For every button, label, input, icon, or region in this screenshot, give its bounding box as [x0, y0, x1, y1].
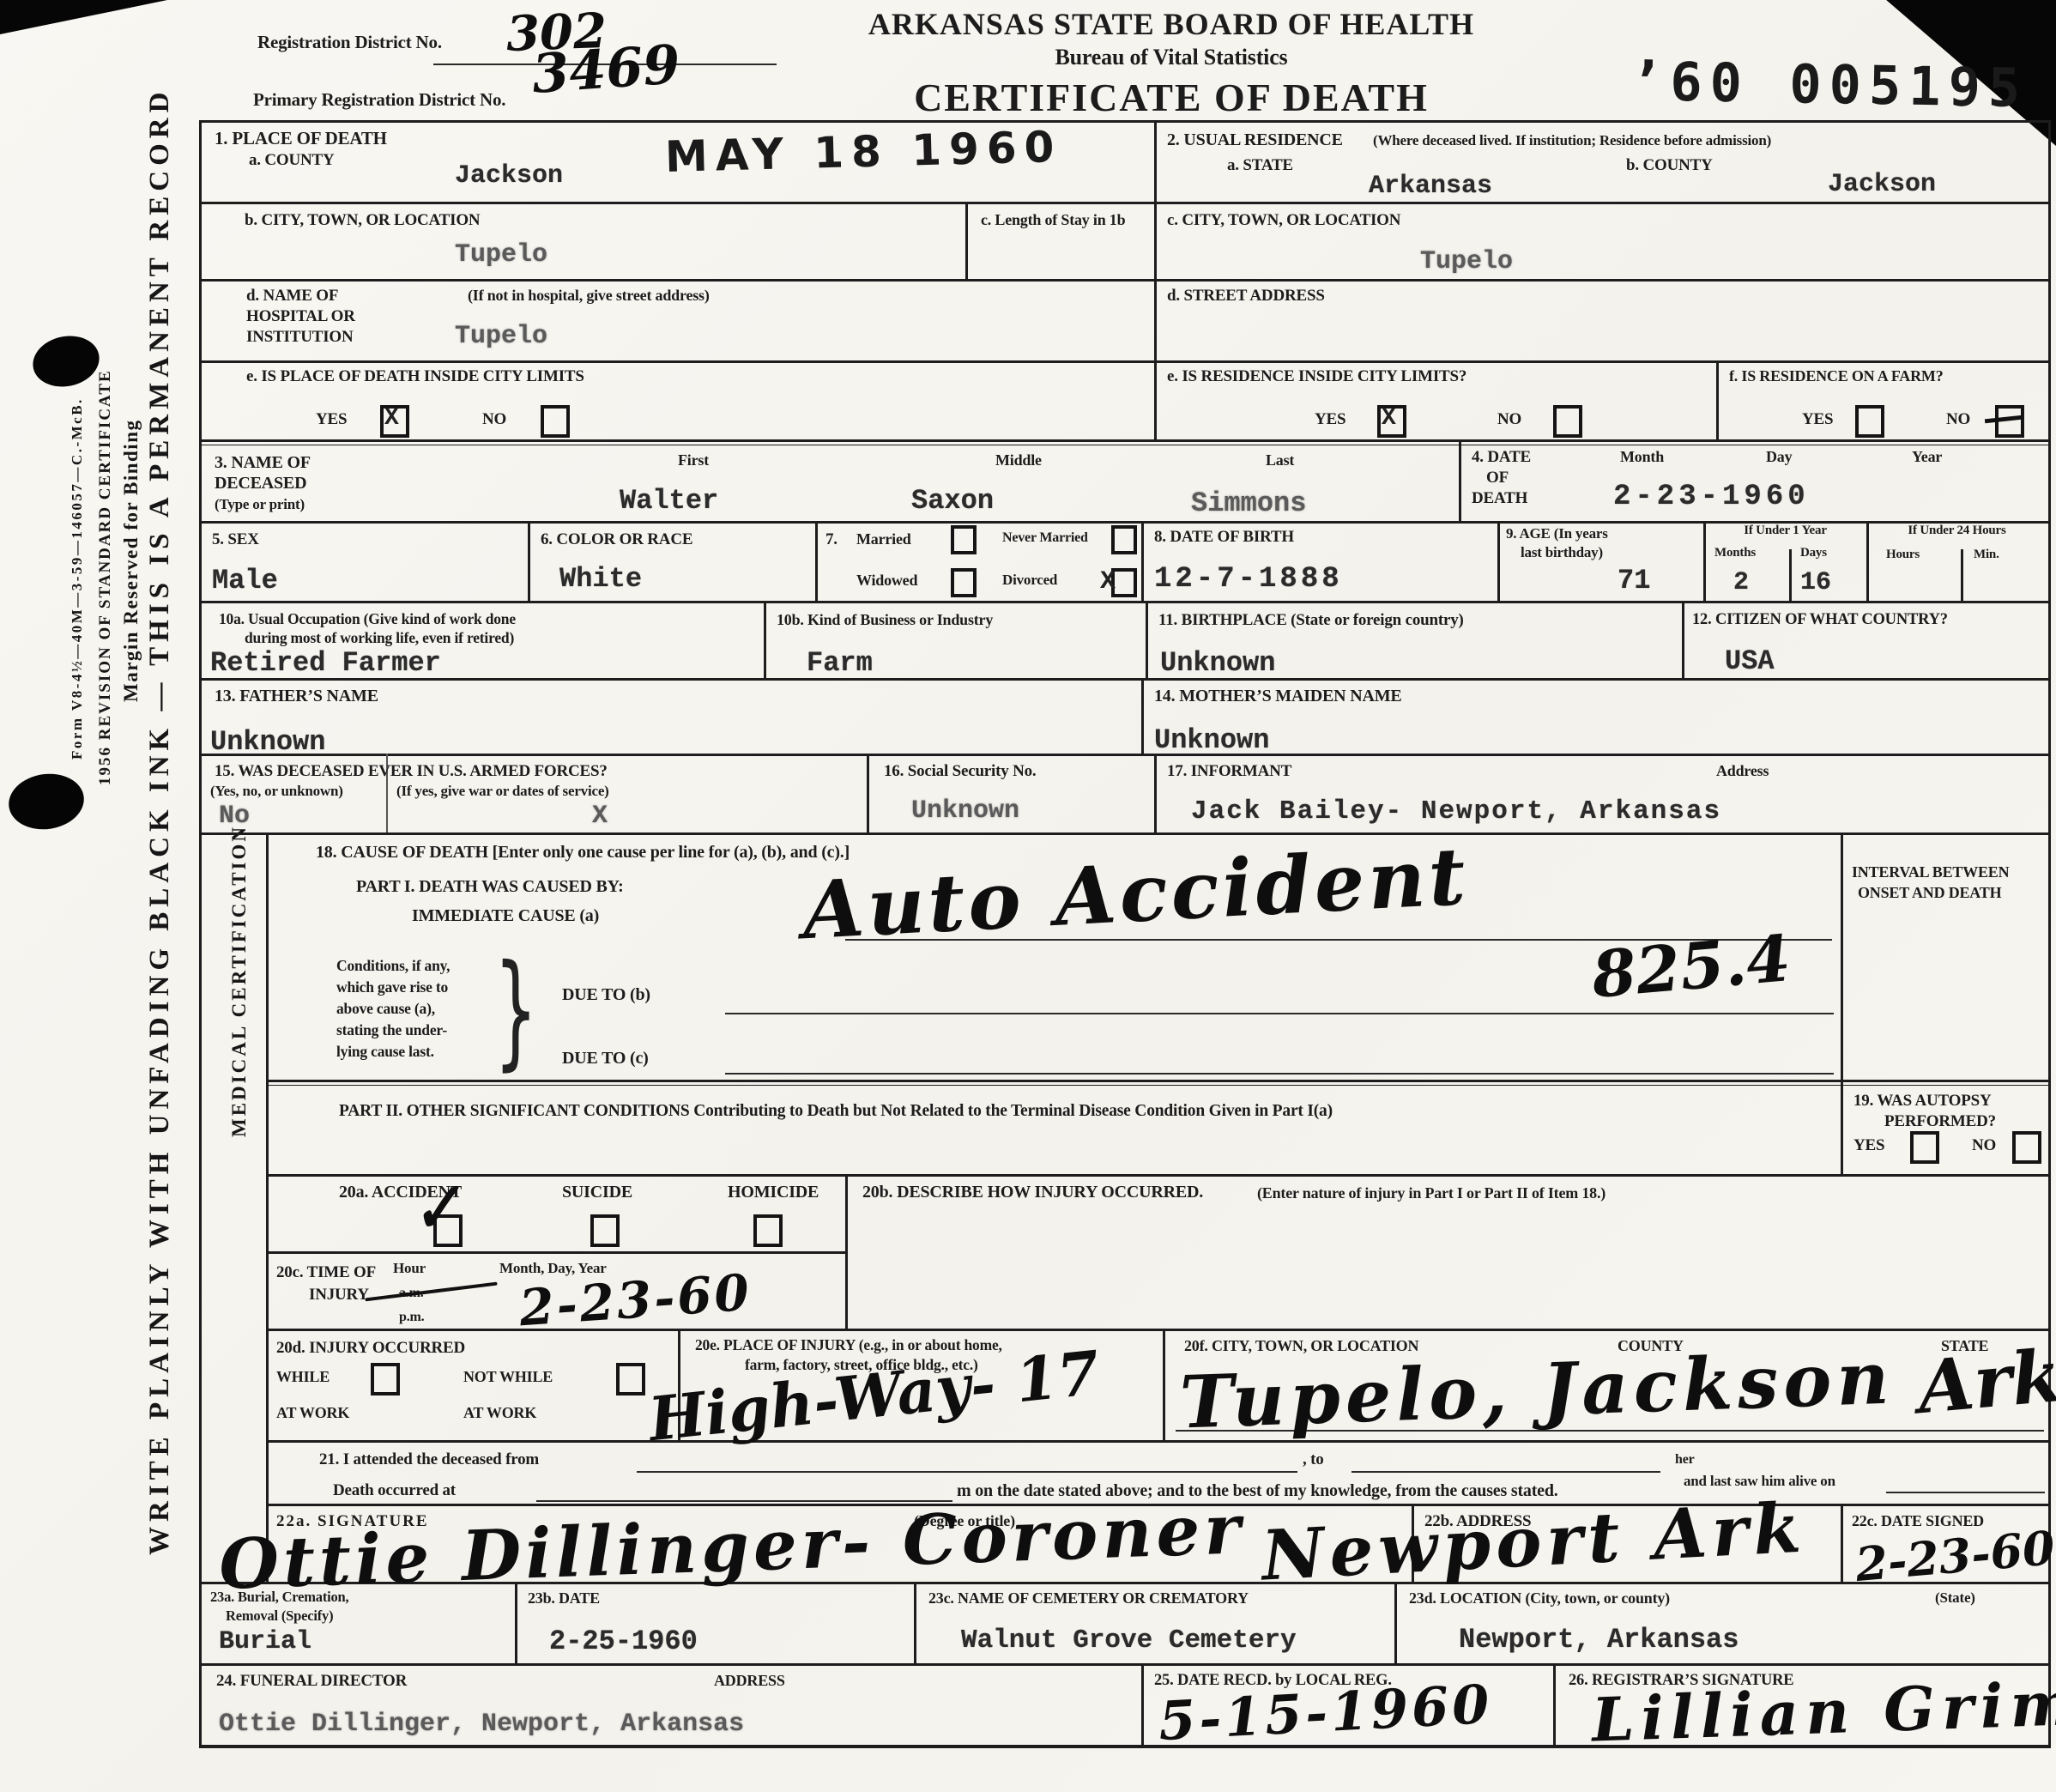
burial-label-2: Removal (Specify)	[226, 1608, 333, 1624]
widowed-checkbox	[951, 568, 977, 597]
date-of-death-label-3: DEATH	[1472, 489, 1527, 507]
grid-line	[266, 1251, 845, 1254]
name-first-header: First	[678, 451, 709, 469]
residence-limits-yes-checkbox: X	[1377, 405, 1406, 438]
grid-line	[1394, 1582, 1397, 1663]
date-received-value: 5-15-1960	[1158, 1678, 1494, 1748]
married-checkbox	[951, 525, 977, 554]
immediate-cause-value: Auto Accident	[801, 837, 1471, 951]
handwritten-dash-mark	[1985, 415, 2023, 424]
informant-label: 17. INFORMANT	[1167, 762, 1291, 780]
name-middle-value: Saxon	[911, 485, 994, 517]
grid-line	[199, 678, 2051, 681]
date-of-death-label-2: OF	[1486, 469, 1509, 487]
margin-form-number: Form V8-4½—40M—3-59—146057—C.-McB.	[69, 397, 86, 760]
grid-line	[1154, 754, 1157, 832]
burial-location-value: Newport, Arkansas	[1459, 1624, 1739, 1656]
while-at-work-checkbox	[371, 1363, 400, 1395]
grid-line	[1841, 1504, 1843, 1582]
state-paren-label: (State)	[1935, 1589, 1975, 1606]
length-of-stay-label: c. Length of Stay in 1b	[981, 211, 1125, 228]
checkbox-x-mark: X	[384, 405, 399, 432]
race-value: White	[559, 563, 642, 595]
informant-address-header: Address	[1716, 762, 1769, 779]
medical-certification-label: MEDICAL CERTIFICATION	[228, 825, 251, 1137]
grid-line	[199, 360, 2051, 363]
while-label: WHILE	[276, 1368, 330, 1385]
injury-state-value: Ark	[1915, 1340, 2056, 1424]
age-label-2: last birthday)	[1521, 544, 1603, 560]
last-saw-alive-line	[1886, 1492, 2045, 1493]
autopsy-label-1: 19. WAS AUTOPSY	[1853, 1092, 1992, 1110]
hospital-label-2: HOSPITAL OR	[246, 307, 355, 325]
conditions-note-5: lying cause last.	[336, 1044, 434, 1061]
residence-city-value: Tupelo	[1420, 247, 1513, 276]
suicide-label: SUICIDE	[562, 1183, 632, 1202]
certificate-title: CERTIFICATE OF DEATH	[772, 76, 1570, 120]
part1-label: PART I. DEATH WAS CAUSED BY:	[356, 877, 624, 896]
received-date-stamp: MAY 18 1960	[664, 122, 1062, 182]
date-signed-value: 2-23-60	[1853, 1524, 2056, 1588]
father-name-label: 13. FATHER’S NAME	[215, 687, 378, 705]
residence-county-label: b. COUNTY	[1626, 156, 1713, 174]
age-months-value: 2	[1733, 568, 1749, 597]
burial-date-value: 2-25-1960	[549, 1626, 698, 1657]
grid-line	[266, 1085, 2049, 1086]
mother-name-value: Unknown	[1154, 724, 1269, 756]
grid-line	[266, 1174, 2049, 1177]
corner-mark-top-left	[0, 0, 167, 34]
grid-line	[199, 120, 202, 1747]
burial-location-label: 23d. LOCATION (City, town, or county)	[1409, 1589, 1670, 1607]
not-while-at-work-checkbox	[616, 1363, 645, 1395]
place-limits-no-checkbox	[541, 405, 570, 438]
autopsy-label-2: PERFORMED?	[1884, 1112, 1996, 1130]
divorced-checkbox: X	[1111, 568, 1137, 597]
funeral-director-address-header: ADDRESS	[714, 1672, 785, 1689]
grid-line	[266, 1440, 2049, 1443]
cause-code-value: 825.4	[1589, 927, 1793, 1008]
armed-forces-value: No	[219, 802, 250, 831]
hour-header: Hour	[393, 1260, 426, 1276]
place-city-limits-label: e. IS PLACE OF DEATH INSIDE CITY LIMITS	[246, 367, 584, 385]
time-of-injury-value: 2-23-60	[517, 1268, 753, 1334]
attended-text-1: 21. I attended the deceased from	[319, 1450, 539, 1468]
grid-line	[764, 601, 766, 678]
residence-limits-yes-label: YES	[1315, 410, 1345, 428]
interval-header-2: ONSET AND DEATH	[1858, 884, 2001, 901]
autopsy-no-label: NO	[1972, 1136, 1996, 1154]
age-min-header: Min.	[1974, 548, 1999, 562]
place-city-value: Tupelo	[455, 240, 547, 269]
age-label-1: 9. AGE (In years	[1506, 525, 1608, 542]
armed-forces-service-value: X	[592, 802, 608, 831]
age-hours-header: Hours	[1886, 548, 1920, 562]
margin-permanent-record-note: WRITE PLAINLY WITH UNFADING BLACK INK — …	[144, 88, 176, 1555]
grid-line	[2048, 120, 2051, 1747]
grid-line	[266, 832, 269, 1582]
dod-day-header: Day	[1766, 448, 1792, 465]
margin-binding-note: Margin Reserved for Binding	[120, 420, 142, 702]
citizen-label: 12. CITIZEN OF WHAT COUNTRY?	[1692, 611, 1948, 629]
name-middle-header: Middle	[995, 451, 1042, 469]
residence-county-value: Jackson	[1828, 170, 1936, 199]
date-of-birth-value: 12-7-1888	[1154, 563, 1343, 596]
dod-year-header: Year	[1912, 448, 1942, 465]
margin-revision-note: 1956 REVISION OF STANDARD CERTIFICATE	[96, 369, 115, 785]
checkbox-x-mark: X	[1100, 567, 1116, 596]
funeral-director-label: 24. FUNERAL DIRECTOR	[216, 1672, 407, 1690]
grid-line	[199, 601, 2051, 603]
registration-district-label: Registration District No.	[257, 33, 442, 53]
cemetery-label: 23c. NAME OF CEMETERY OR CREMATORY	[928, 1589, 1249, 1607]
never-married-checkbox	[1111, 525, 1137, 554]
cause-of-death-label: 18. CAUSE OF DEATH [Enter only one cause…	[316, 843, 850, 862]
place-of-death-label: 1. PLACE OF DEATH	[215, 129, 387, 149]
ssn-value: Unknown	[911, 796, 1019, 826]
burial-label-1: 23a. Burial, Cremation,	[210, 1589, 348, 1605]
grid-line	[1163, 1329, 1165, 1440]
grid-line	[815, 521, 818, 601]
suicide-checkbox	[590, 1214, 620, 1247]
married-label: Married	[856, 530, 911, 548]
under-24-hours-header: If Under 24 Hours	[1869, 524, 2045, 538]
hospital-label-1: d. NAME OF	[246, 287, 338, 305]
grid-line	[199, 832, 2051, 835]
deceased-label-1: 3. NAME OF	[215, 453, 311, 472]
grid-line	[199, 202, 2051, 204]
age-months-header: Months	[1714, 546, 1756, 560]
occupation-value: Retired Farmer	[210, 647, 441, 679]
residence-state-label: a. STATE	[1227, 156, 1293, 174]
board-of-health-title: ARKANSAS STATE BOARD OF HEALTH	[772, 7, 1570, 41]
conditions-note-4: stating the under-	[336, 1022, 447, 1039]
interval-header-1: INTERVAL BETWEEN	[1852, 863, 2009, 881]
farm-no-checkbox	[1995, 405, 2024, 438]
grid-line	[1459, 439, 1461, 521]
time-of-injury-label-2: INJURY	[309, 1286, 369, 1304]
place-county-value: Jackson	[455, 161, 563, 191]
residence-paren: (Where deceased lived. If institution; R…	[1373, 132, 1771, 148]
name-last-value: Simmons	[1191, 487, 1306, 519]
dod-month-header: Month	[1620, 448, 1664, 465]
deceased-label-3: (Type or print)	[215, 496, 305, 512]
homicide-checkbox	[753, 1214, 783, 1247]
grid-line	[965, 202, 968, 279]
sex-label: 5. SEX	[212, 530, 259, 548]
residence-label: 2. USUAL RESIDENCE	[1167, 130, 1343, 149]
burial-value: Burial	[219, 1627, 311, 1656]
death-certificate-scan: Form V8-4½—40M—3-59—146057—C.-McB. 1956 …	[0, 0, 2056, 1792]
marital-number: 7.	[825, 530, 838, 548]
sex-value: Male	[212, 565, 278, 596]
date-of-birth-label: 8. DATE OF BIRTH	[1154, 528, 1294, 546]
homicide-label: HOMICIDE	[728, 1183, 819, 1202]
widowed-label: Widowed	[856, 572, 917, 589]
due-to-b-label: DUE TO (b)	[562, 985, 650, 1004]
grid-line	[199, 445, 2051, 445]
grid-line	[1141, 678, 1144, 754]
primary-district-value: 3469	[530, 38, 681, 101]
injury-city-value: Tupelo, Jackson	[1179, 1342, 1896, 1439]
conditions-brace: }	[494, 948, 538, 1073]
autopsy-yes-checkbox	[1910, 1131, 1939, 1164]
under-1-year-header: If Under 1 Year	[1706, 524, 1865, 538]
residence-limits-label: e. IS RESIDENCE INSIDE CITY LIMITS?	[1167, 367, 1466, 385]
grid-line	[1789, 549, 1792, 601]
occupation-label-2: during most of working life, even if ret…	[245, 630, 514, 647]
divorced-label: Divorced	[1002, 572, 1057, 588]
grid-line	[199, 439, 2051, 442]
birthplace-label: 11. BIRTHPLACE (State or foreign country…	[1158, 611, 1464, 629]
age-days-value: 16	[1800, 568, 1831, 597]
funeral-director-value: Ottie Dillinger, Newport, Arkansas	[219, 1710, 744, 1739]
place-limits-no-label: NO	[482, 410, 506, 428]
grid-line	[1141, 521, 1144, 601]
age-days-header: Days	[1800, 546, 1827, 560]
grid-line	[1716, 360, 1719, 442]
grid-line	[1682, 601, 1684, 678]
grid-line	[845, 1174, 848, 1329]
hospital-label-3: INSTITUTION	[246, 328, 354, 346]
residence-street-label: d. STREET ADDRESS	[1167, 287, 1325, 305]
at-work-label-2: AT WORK	[463, 1404, 536, 1421]
burial-date-label: 23b. DATE	[528, 1589, 600, 1607]
mother-name-label: 14. MOTHER’S MAIDEN NAME	[1154, 687, 1402, 705]
time-of-injury-label-1: 20c. TIME OF	[276, 1263, 376, 1281]
immediate-cause-label: IMMEDIATE CAUSE (a)	[412, 906, 599, 925]
due-to-b-line	[725, 1013, 1834, 1014]
death-occurred-text: Death occurred at	[333, 1481, 456, 1499]
residence-limits-no-label: NO	[1497, 410, 1521, 428]
deceased-label-2: DECEASED	[215, 474, 306, 493]
grid-line	[1141, 1663, 1144, 1745]
residence-city-label: c. CITY, TOWN, OR LOCATION	[1167, 211, 1400, 229]
grid-line	[528, 521, 530, 601]
residence-farm-label: f. IS RESIDENCE ON A FARM?	[1729, 367, 1944, 384]
never-married-label: Never Married	[1002, 530, 1088, 546]
attended-text-2: , to	[1303, 1450, 1324, 1468]
grid-line	[199, 120, 2051, 123]
citizen-value: USA	[1725, 645, 1775, 677]
father-name-value: Unknown	[210, 726, 325, 758]
due-to-c-line	[725, 1073, 1834, 1075]
place-county-label: a. COUNTY	[249, 151, 335, 169]
pm-label: p.m.	[399, 1310, 424, 1325]
autopsy-no-checkbox	[2012, 1131, 2041, 1164]
describe-injury-paren: (Enter nature of injury in Part I or Par…	[1257, 1184, 1605, 1202]
business-label: 10b. Kind of Business or Industry	[777, 611, 993, 628]
grid-line	[199, 1663, 2051, 1666]
grid-line	[867, 754, 869, 832]
grid-line	[1154, 120, 1157, 442]
date-of-death-value: 2-23-1960	[1613, 481, 1810, 513]
grid-line	[1553, 1663, 1556, 1745]
attended-line-2	[1352, 1471, 1660, 1473]
hospital-paren: (If not in hospital, give street address…	[468, 287, 710, 304]
bureau-subtitle: Bureau of Vital Statistics	[772, 45, 1570, 70]
registrar-signature-value: Lillian Grimes	[1591, 1670, 2056, 1750]
armed-forces-paren-1: (Yes, no, or unknown)	[210, 783, 343, 799]
grid-line	[914, 1582, 916, 1663]
birthplace-value: Unknown	[1160, 647, 1275, 679]
farm-yes-label: YES	[1802, 410, 1833, 428]
race-label: 6. COLOR OR RACE	[541, 530, 692, 548]
part2-label: PART II. OTHER SIGNIFICANT CONDITIONS Co…	[339, 1102, 1333, 1121]
hole-punch-top	[28, 330, 104, 393]
her-note: her	[1675, 1452, 1695, 1468]
grid-line	[199, 279, 2051, 282]
am-strike-stroke	[365, 1282, 497, 1302]
conditions-note-2: which gave rise to	[336, 979, 448, 996]
farm-yes-checkbox	[1855, 405, 1884, 438]
due-to-c-label: DUE TO (c)	[562, 1049, 649, 1068]
hole-punch-bottom	[5, 769, 88, 834]
farm-no-label: NO	[1946, 410, 1970, 428]
informant-value: Jack Bailey- Newport, Arkansas	[1191, 796, 1721, 826]
name-last-header: Last	[1266, 451, 1294, 469]
describe-injury-label: 20b. DESCRIBE HOW INJURY OCCURRED.	[862, 1183, 1203, 1202]
name-first-value: Walter	[620, 485, 718, 517]
physician-address-value: Newport Ark	[1260, 1492, 1807, 1589]
place-limits-yes-checkbox: X	[380, 405, 409, 438]
grid-line	[1497, 521, 1500, 601]
grid-line	[1841, 832, 1843, 1174]
armed-forces-label: 15. WAS DECEASED EVER IN U.S. ARMED FORC…	[215, 762, 608, 780]
not-while-label: NOT WHILE	[463, 1368, 553, 1385]
injury-occurred-label: 20d. INJURY OCCURRED	[276, 1339, 465, 1357]
date-of-death-label-1: 4. DATE	[1472, 448, 1531, 466]
grid-line	[1146, 601, 1148, 678]
certificate-number-stamp: ’60 005195	[1630, 50, 2028, 119]
checkbox-x-mark: X	[1382, 405, 1396, 432]
conditions-note-3: above cause (a),	[336, 1001, 435, 1018]
last-saw-alive-text: and last saw him alive on	[1684, 1473, 1835, 1489]
at-work-label-1: AT WORK	[276, 1404, 349, 1421]
residence-state-value: Arkansas	[1369, 172, 1492, 201]
residence-limits-no-checkbox	[1553, 405, 1582, 438]
business-value: Farm	[807, 647, 873, 679]
grid-line	[199, 754, 2051, 756]
attended-line-1	[637, 1471, 1297, 1473]
accident-check-mark: ✓	[405, 1173, 467, 1243]
place-city-label: b. CITY, TOWN, OR LOCATION	[245, 211, 480, 229]
armed-forces-paren-2: (If yes, give war or dates of service)	[396, 783, 609, 799]
ssn-label: 16. Social Security No.	[884, 762, 1036, 780]
autopsy-yes-label: YES	[1853, 1136, 1884, 1154]
conditions-note-1: Conditions, if any,	[336, 958, 450, 975]
occupation-label-1: 10a. Usual Occupation (Give kind of work…	[219, 611, 516, 628]
primary-district-label: Primary Registration District No.	[253, 90, 505, 111]
grid-line	[1961, 549, 1963, 601]
cemetery-value: Walnut Grove Cemetery	[961, 1626, 1297, 1656]
age-value: 71	[1618, 565, 1650, 596]
place-limits-yes-label: YES	[316, 410, 347, 428]
injury-city-label: 20f. CITY, TOWN, OR LOCATION	[1184, 1337, 1418, 1354]
hospital-value: Tupelo	[455, 322, 547, 351]
